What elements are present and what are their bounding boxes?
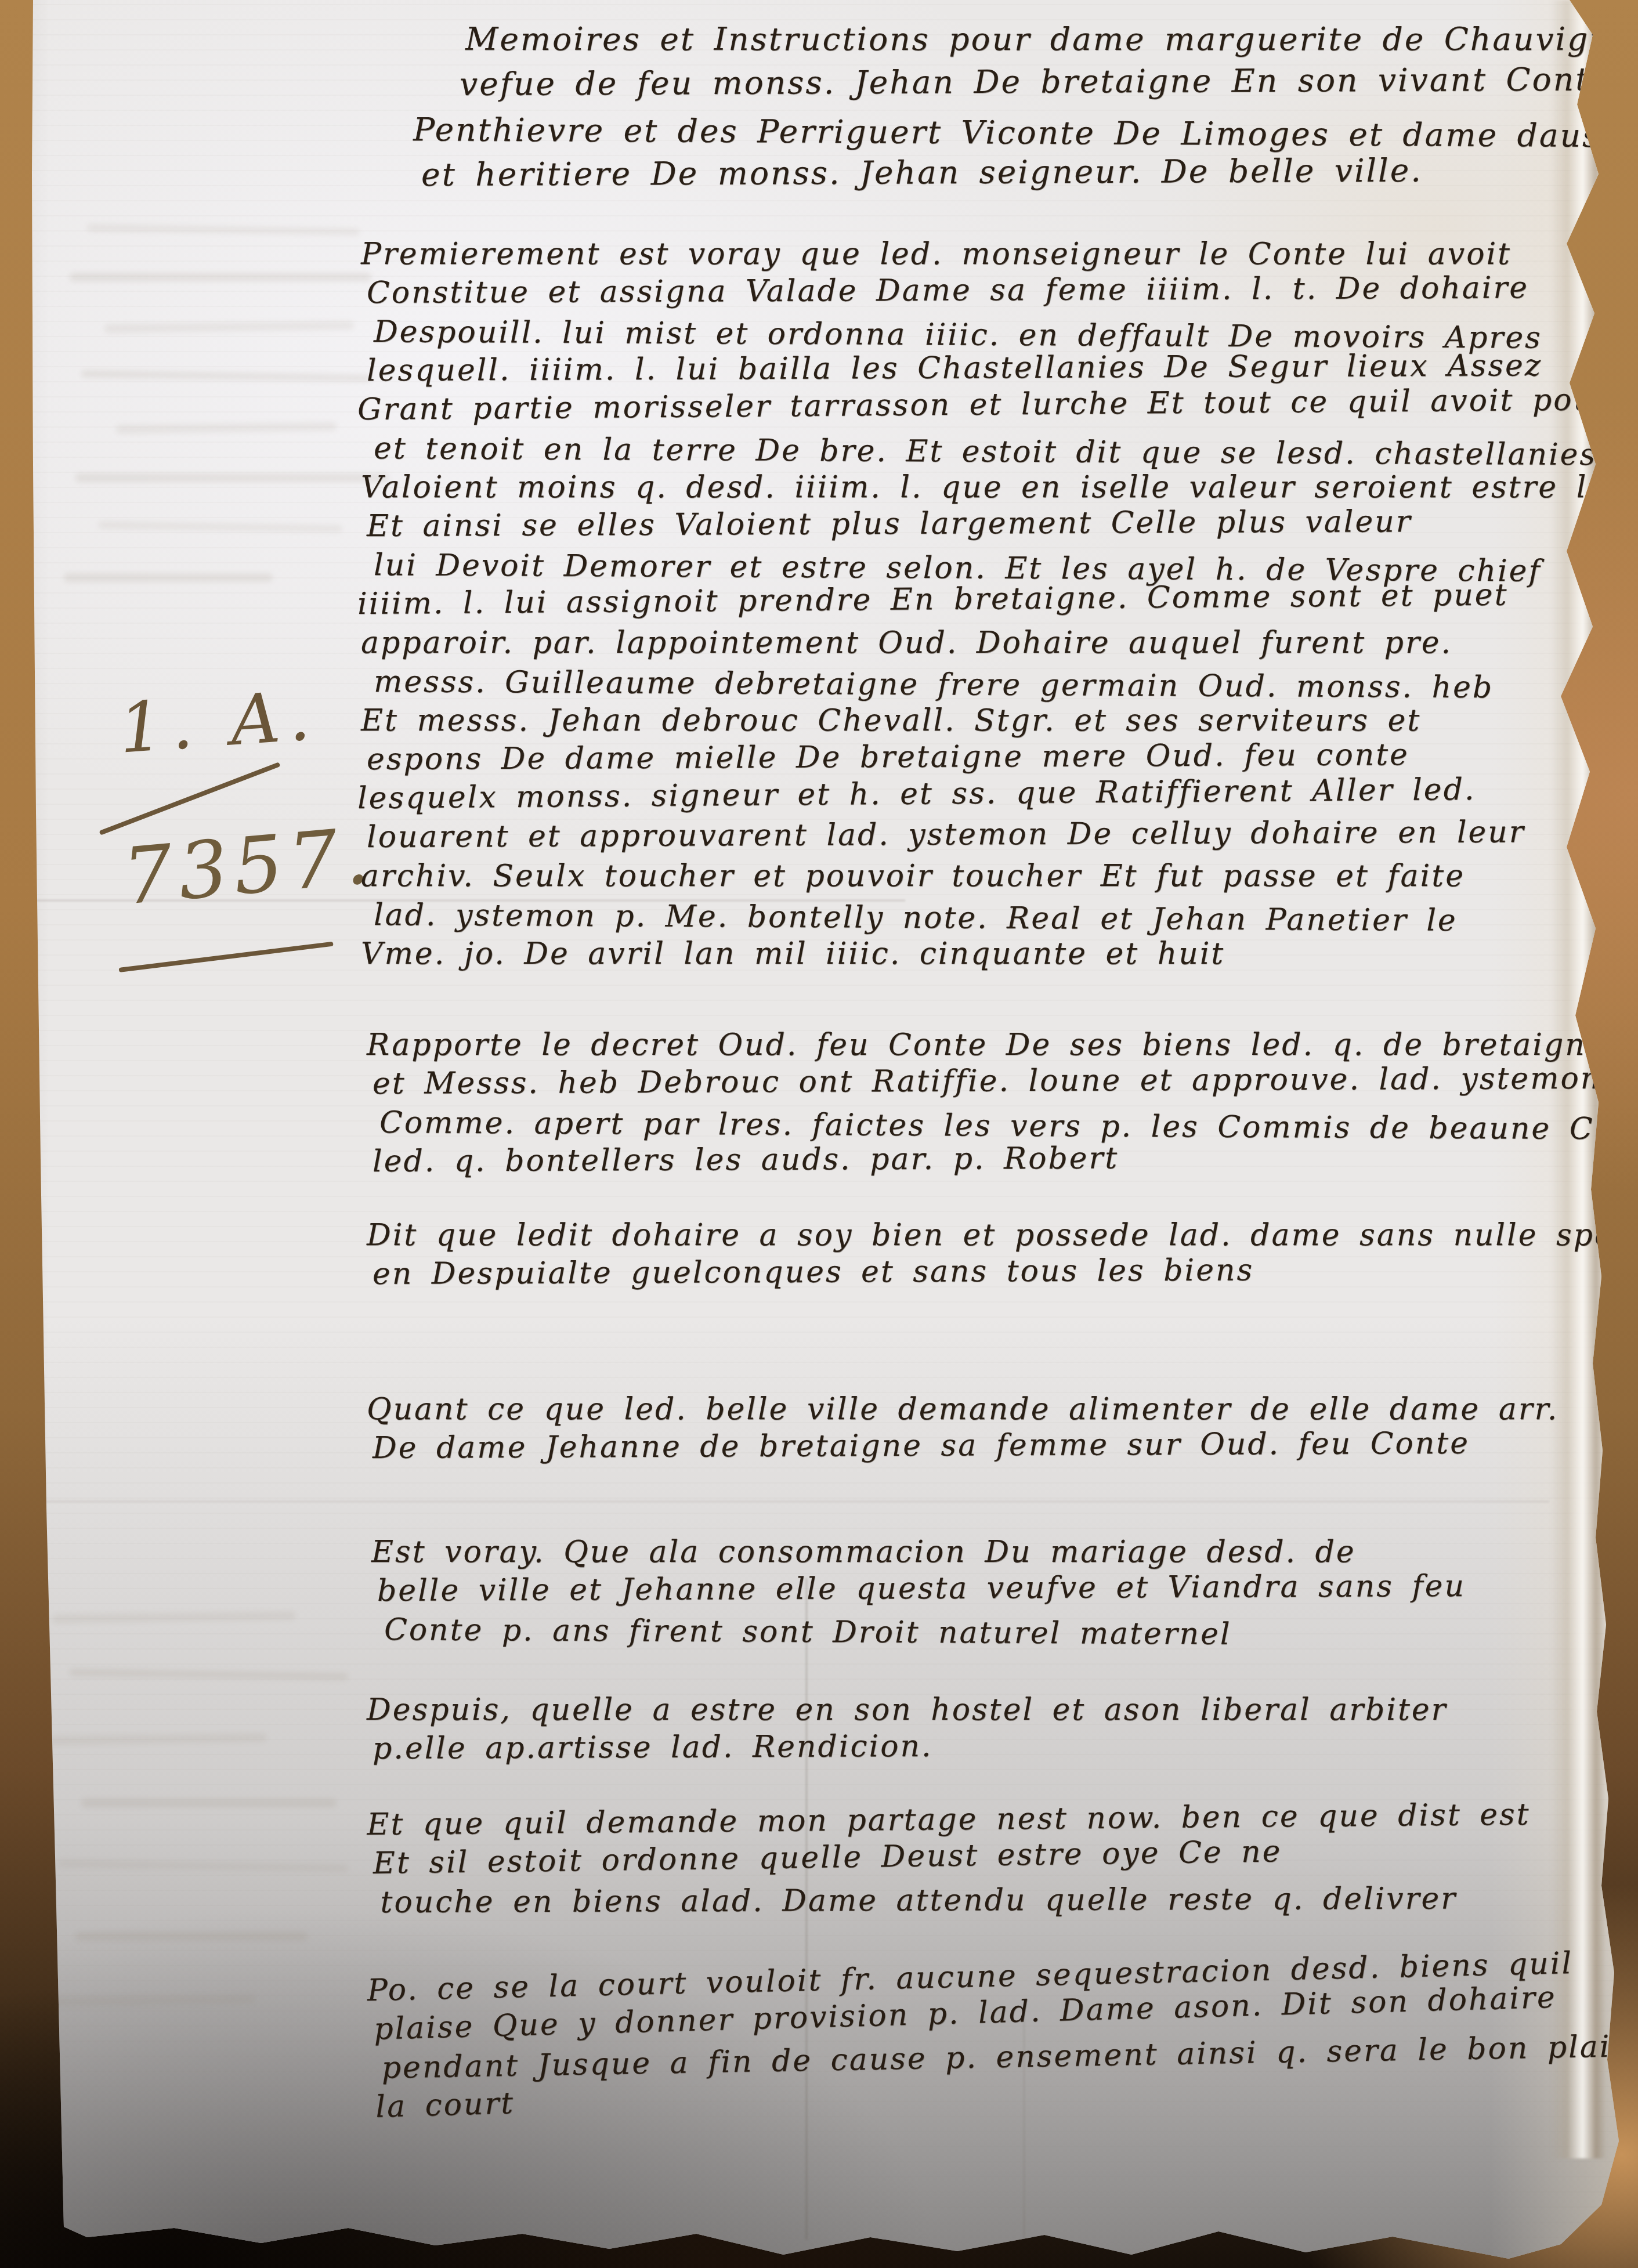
script-line: louarent et approuvarent lad. ystemon De… bbox=[367, 812, 1638, 857]
showthrough-mark bbox=[70, 273, 371, 281]
script-line: en Despuialte guelconques et sans tous l… bbox=[373, 1249, 1638, 1294]
paragraph-ratification: Rapporte le decret Oud. feu Conte De ses… bbox=[367, 1026, 1606, 1181]
paragraph-dower-assignment: Premierement est voray que led. monseign… bbox=[361, 235, 1638, 974]
showthrough-mark bbox=[75, 1932, 308, 1941]
showthrough-mark bbox=[104, 321, 354, 333]
showthrough-mark bbox=[52, 1995, 255, 2006]
showthrough-mark bbox=[58, 1860, 348, 1872]
heading-block: Memoires et Instructions pour dame margu… bbox=[400, 16, 1638, 197]
script-line: et tenoit en la terre De bre. Et estoit … bbox=[374, 429, 1638, 475]
script-line: Despuis, quelle a estre en son hostel et… bbox=[367, 1691, 1447, 1730]
script-line: et heritiere De monss. Jehan seigneur. D… bbox=[421, 147, 1638, 197]
script-line: Valoient moins q. desd. iiiim. l. que en… bbox=[361, 468, 1638, 507]
paragraph-household: Despuis, quelle a estre en son hostel et… bbox=[367, 1691, 1447, 1768]
script-line: belle ville et Jehanne elle questa veufv… bbox=[377, 1567, 1466, 1611]
showthrough-mark bbox=[81, 1799, 337, 1807]
script-line: led. q. bontellers les auds. par. p. Rob… bbox=[373, 1137, 1612, 1181]
script-line: Dit que ledit dohaire a soy bien et poss… bbox=[367, 1216, 1638, 1255]
paragraph-petition: Po. ce se la court vouloit fr. aucune se… bbox=[367, 1941, 1638, 2127]
showthrough-mark bbox=[99, 522, 342, 533]
script-line: Et messs. Jehan debrouc Chevall. Stgr. e… bbox=[361, 701, 1638, 740]
script-line: Memoires et Instructions pour dame margu… bbox=[465, 16, 1638, 62]
showthrough-mark bbox=[64, 573, 273, 582]
showthrough-mark bbox=[75, 473, 389, 482]
showthrough-mark bbox=[87, 224, 360, 235]
classmark-underline bbox=[119, 942, 334, 972]
script-line: lad. ystemon p. Me. bontelly note. Real … bbox=[374, 896, 1638, 942]
script-line: Quant ce que led. belle ville demande al… bbox=[367, 1390, 1559, 1429]
horizontal-crease bbox=[41, 1500, 1549, 1503]
photograph-of-manuscript: 1. A. 7357. Memoires et Instructions pou… bbox=[0, 0, 1638, 2268]
manuscript-page: 1. A. 7357. Memoires et Instructions pou… bbox=[0, 0, 1638, 2268]
script-line: messs. Guilleaume debretaigne frere germ… bbox=[374, 663, 1638, 708]
script-line: Et ainsi se elles Valoient plus largemen… bbox=[367, 501, 1638, 546]
script-line: Est voray. Que ala consommacion Du maria… bbox=[371, 1533, 1460, 1572]
showthrough-mark bbox=[52, 1611, 296, 1623]
script-line: Constitue et assigna Valade Dame sa feme… bbox=[367, 268, 1638, 313]
showthrough-mark bbox=[81, 370, 371, 382]
paragraph-alimony-demand: Quant ce que led. belle ville demande al… bbox=[367, 1390, 1559, 1468]
script-line: Premierement est voray que led. monseign… bbox=[361, 235, 1638, 274]
showthrough-mark bbox=[70, 1669, 348, 1680]
paragraph-possession: Dit que ledit dohaire a soy bien et poss… bbox=[367, 1216, 1638, 1294]
script-line: et Messs. heb Debrouc ont Ratiffie. loun… bbox=[373, 1059, 1612, 1104]
script-line: apparoir. par. lappointement Oud. Dohair… bbox=[361, 624, 1638, 663]
script-line: Conte p. ans firent sont Droit naturel m… bbox=[384, 1611, 1473, 1655]
showthrough-mark bbox=[46, 1733, 267, 1745]
script-line: vefue de feu monss. Jehan De bretaigne E… bbox=[460, 56, 1638, 107]
classmark-number: 7357. bbox=[120, 810, 378, 922]
script-line: p.elle ap.artisse lad. Rendicion. bbox=[373, 1725, 1453, 1768]
script-line: touche en biens alad. Dame attendu quell… bbox=[380, 1879, 1544, 1922]
script-line: archiv. Seulx toucher et pouvoir toucher… bbox=[361, 857, 1638, 896]
paragraph-marriage: Est voray. Que ala consommacion Du maria… bbox=[371, 1533, 1460, 1650]
script-line: De dame Jehanne de bretaigne sa femme su… bbox=[373, 1424, 1564, 1468]
paragraph-response: Et que quil demande mon partage nest now… bbox=[367, 1796, 1531, 1922]
classmark-series: 1. A. bbox=[117, 675, 321, 769]
showthrough-mark bbox=[116, 422, 337, 433]
script-line: Vme. jo. De avril lan mil iiiic. cinquan… bbox=[361, 935, 1638, 974]
script-line: Rapporte le decret Oud. feu Conte De ses… bbox=[367, 1026, 1606, 1065]
